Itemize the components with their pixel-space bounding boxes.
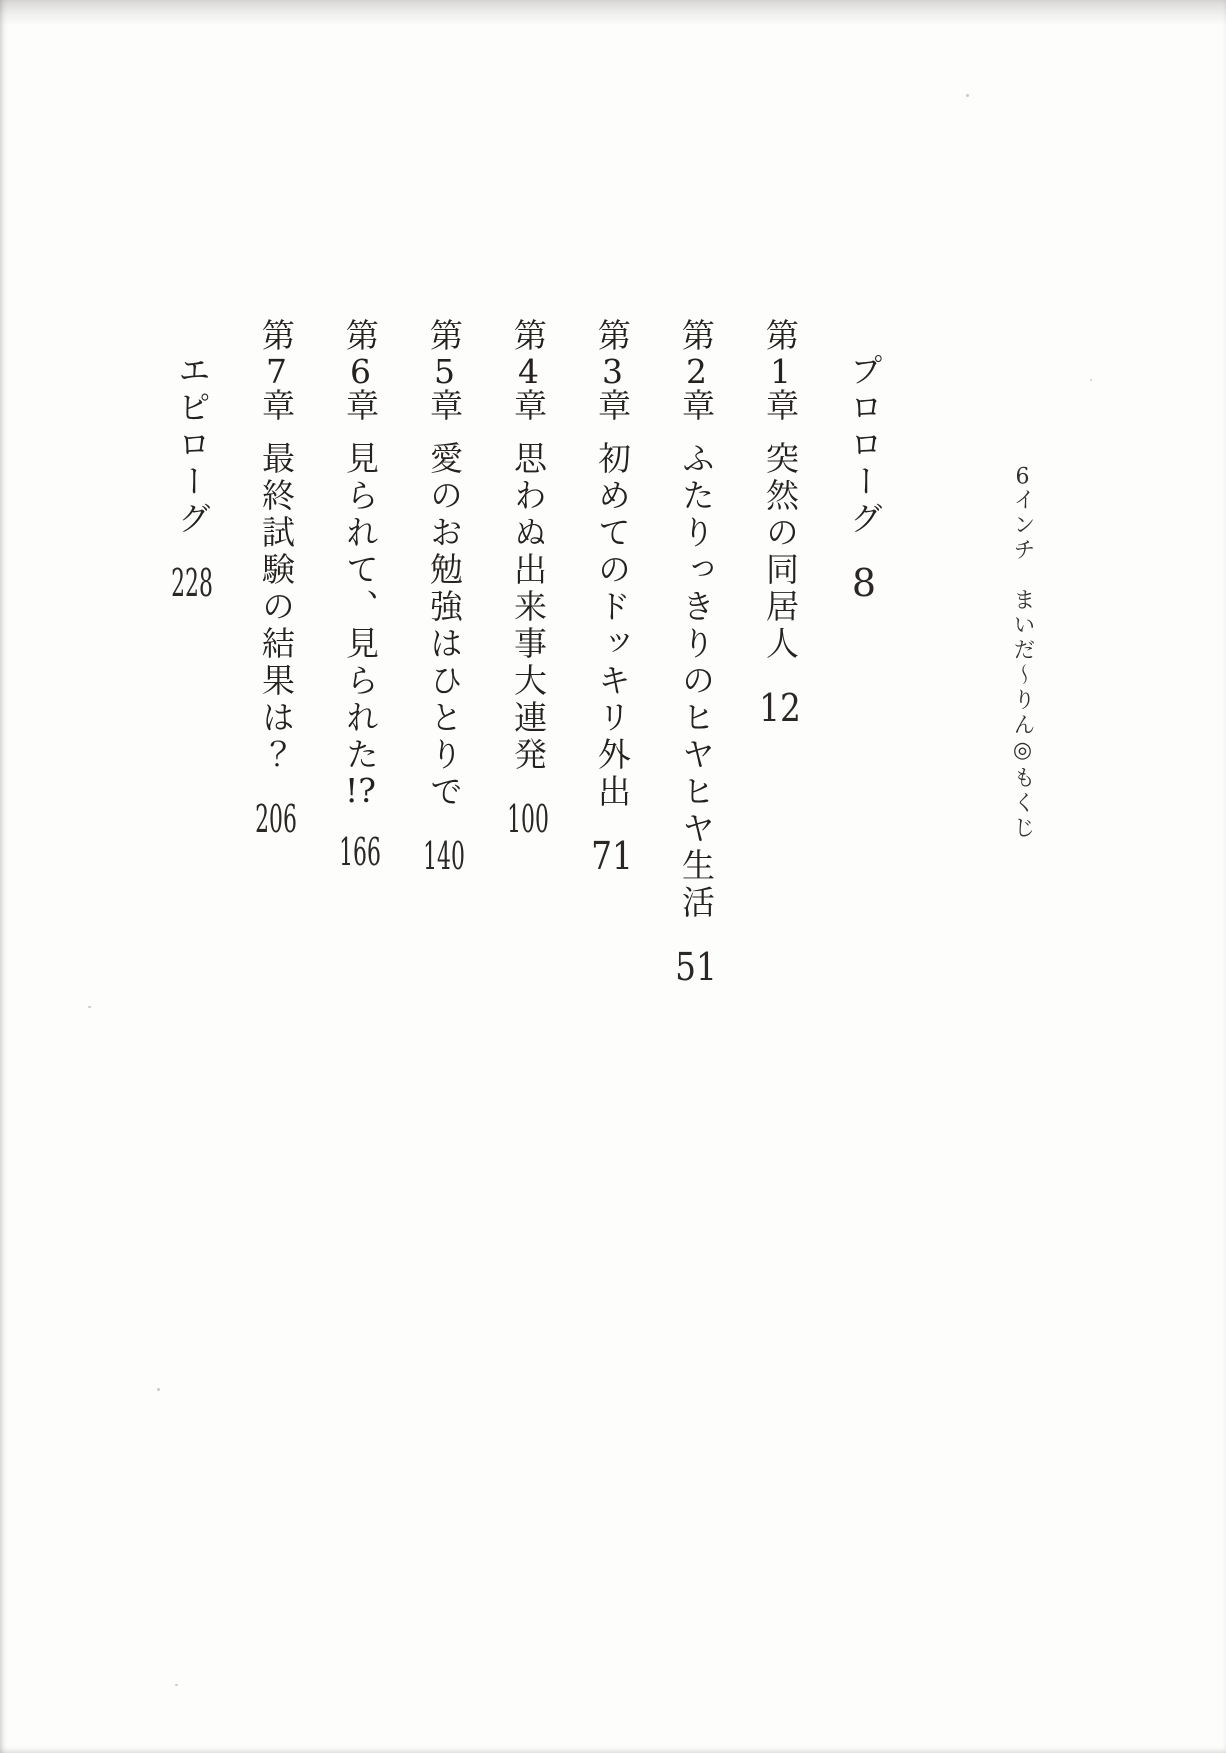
chapter-title: 初めてのドッキリ外出 bbox=[593, 441, 632, 811]
chapter-title: 見られて、見られた!? bbox=[341, 441, 380, 807]
toc-entry: 第2章ふたりっきりのヒヤヒヤ生活51 bbox=[654, 318, 738, 1118]
page-number: 12 bbox=[758, 689, 802, 727]
scan-speck bbox=[175, 1684, 178, 1686]
page-number: 140 bbox=[422, 837, 466, 875]
scan-speck bbox=[1090, 379, 1092, 381]
chapter-title: 愛のお勉強はひとりで bbox=[425, 441, 464, 811]
chapter-number-label: 第3章 bbox=[593, 318, 632, 425]
toc-entry: エピローグ228 bbox=[150, 318, 234, 1118]
toc-list: プロローグ8 第1章突然の同居人12 第2章ふたりっきりのヒヤヒヤ生活51 第3… bbox=[150, 318, 906, 1118]
scan-speck bbox=[966, 94, 969, 97]
chapter-number-label: 第5章 bbox=[425, 318, 464, 425]
page-number: 166 bbox=[338, 833, 382, 871]
scan-speck bbox=[157, 1388, 160, 1391]
chapter-number-label: 第1章 bbox=[761, 318, 800, 425]
chapter-title: ふたりっきりのヒヤヒヤ生活 bbox=[677, 441, 716, 922]
toc-entry: 第1章突然の同居人12 bbox=[738, 318, 822, 1118]
page-number: 8 bbox=[842, 564, 886, 602]
book-toc-page: 6インチ まいだ〜りん◎もくじ プロローグ8 第1章突然の同居人12 第2章ふた… bbox=[0, 0, 1226, 1753]
toc-entry: プロローグ8 bbox=[822, 318, 906, 1118]
page-number: 100 bbox=[506, 800, 550, 838]
chapter-number-label: 第4章 bbox=[509, 318, 548, 425]
chapter-number-label: 第6章 bbox=[341, 318, 380, 425]
toc-entry: 第3章初めてのドッキリ外出71 bbox=[570, 318, 654, 1118]
scan-speck bbox=[88, 1006, 91, 1008]
chapter-title: エピローグ bbox=[173, 353, 212, 538]
page-number: 51 bbox=[674, 948, 718, 986]
running-head: 6インチ まいだ〜りん◎もくじ bbox=[999, 466, 1045, 841]
toc-entry: 第7章最終試験の結果は？206 bbox=[234, 318, 318, 1118]
toc-entry: 第5章愛のお勉強はひとりで140 bbox=[402, 318, 486, 1118]
chapter-number-label: 第2章 bbox=[677, 318, 716, 425]
toc-entry: 第6章見られて、見られた!?166 bbox=[318, 318, 402, 1118]
toc-entry: 第4章思わぬ出来事大連発100 bbox=[486, 318, 570, 1118]
chapter-title: 思わぬ出来事大連発 bbox=[509, 441, 548, 774]
page-number: 71 bbox=[590, 837, 634, 875]
chapter-title: 突然の同居人 bbox=[761, 441, 800, 663]
chapter-number-label: 第7章 bbox=[257, 318, 296, 425]
chapter-title: プロローグ bbox=[845, 353, 884, 538]
page-number: 206 bbox=[254, 800, 298, 838]
chapter-title: 最終試験の結果は？ bbox=[257, 441, 296, 774]
page-number: 228 bbox=[170, 564, 214, 602]
